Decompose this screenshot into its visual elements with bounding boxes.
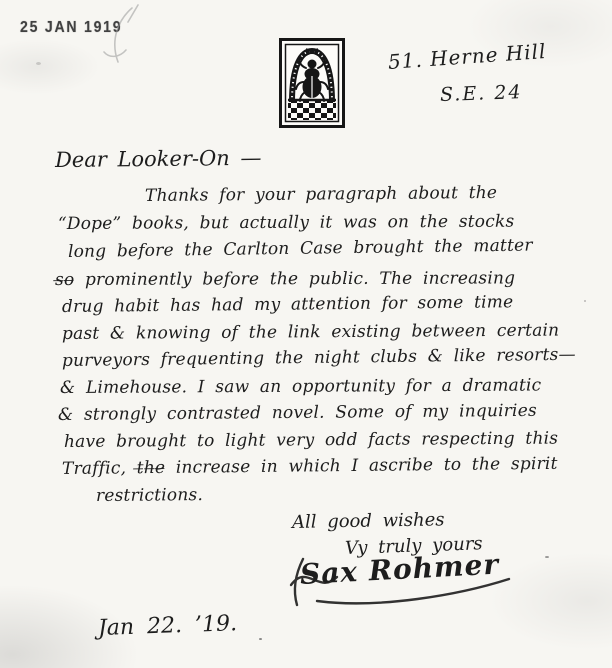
scan-speck [584, 300, 586, 302]
body-line-9: & strongly contrasted novel. Some of my … [58, 401, 537, 425]
body-line-10: have brought to light very odd facts res… [64, 429, 558, 452]
letter-page: 25 JAN 1919 [0, 0, 612, 668]
body-line-12: restrictions. [96, 485, 203, 506]
body-line-3: long before the Carlton Case brought the… [68, 236, 533, 262]
scan-speck [36, 62, 41, 65]
postmark-smudge-icon [86, 0, 156, 80]
body-line-6: past & knowing of the link existing betw… [62, 321, 559, 344]
scarab-seal-icon [279, 38, 345, 128]
body-line-5: drug habit has had my attention for some… [62, 292, 513, 317]
salutation: Dear Looker-On — [55, 146, 262, 172]
footer-date-note: Jan 22. ’19. [98, 611, 238, 641]
body-line-1: Thanks for your paragraph about the [145, 183, 497, 206]
body-line-4: s̶o̶ prominently before the public. The … [55, 268, 515, 290]
address-line-2: S.E. 24 [440, 81, 523, 106]
body-line-8: & Limehouse. I saw an opportunity for a … [60, 375, 541, 398]
body-line-11: Traffic, t̶h̶e̶ increase in which I ascr… [62, 454, 558, 479]
address-line-1: 51. Herne Hill [387, 39, 547, 74]
body-line-2: “Dope” books, but actually it was on the… [58, 212, 514, 234]
body-line-7: purveyors frequenting the night clubs & … [62, 345, 576, 371]
scan-speck [259, 638, 262, 640]
closing-wishes: All good wishes [292, 509, 445, 533]
scan-speck [545, 556, 549, 558]
